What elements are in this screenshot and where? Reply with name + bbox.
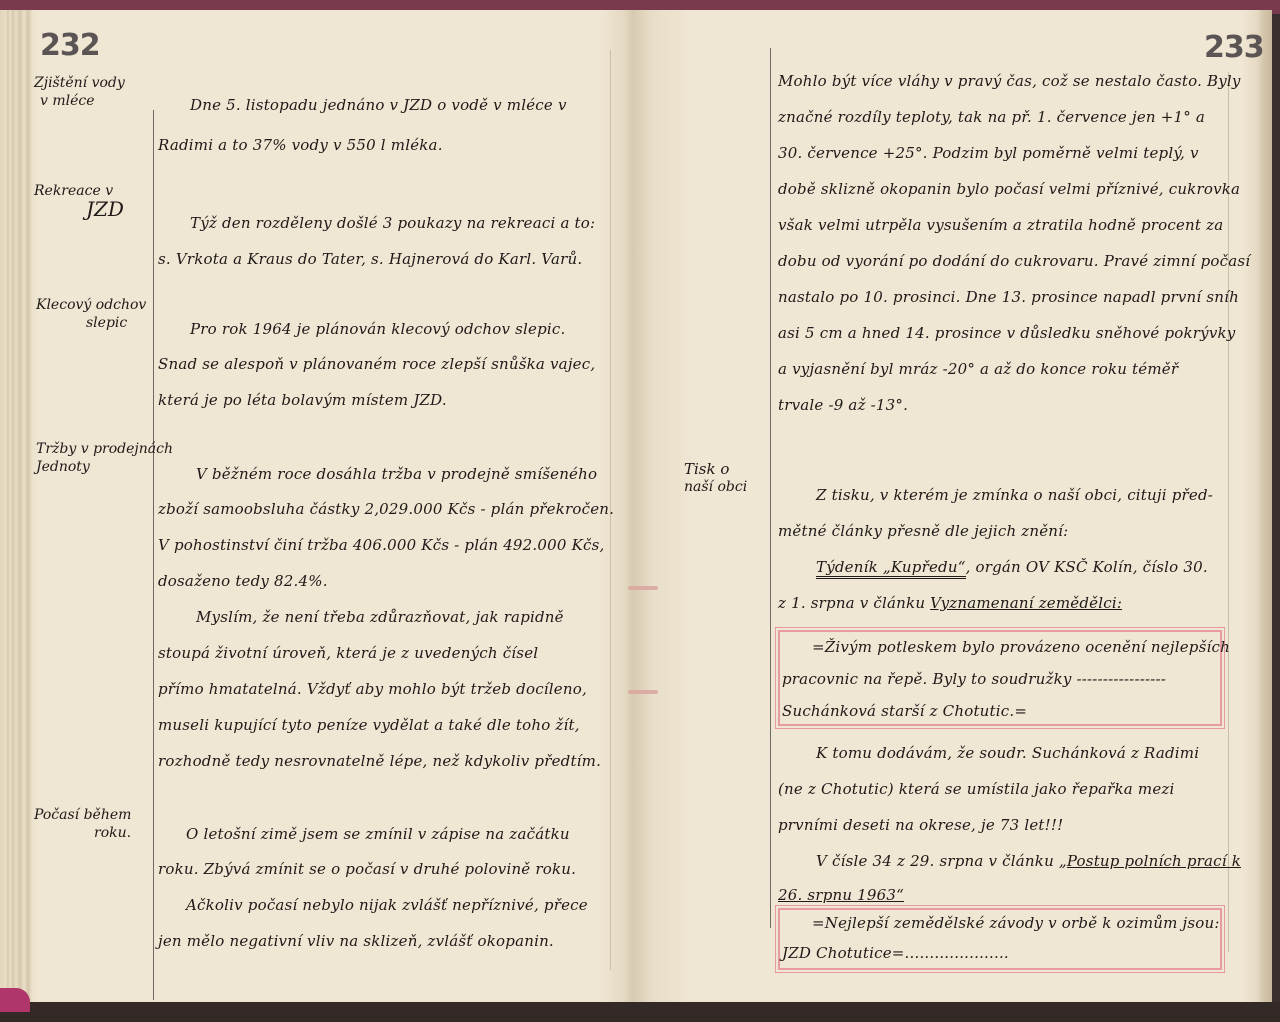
text-line: prvními deseti na okrese, je 73 let!!! — [778, 816, 1063, 834]
text-line: Pro rok 1964 je plánován klecový odchov … — [190, 320, 565, 338]
quote-line: =Nejlepší zemědělské závody v orbě k ozi… — [812, 914, 1220, 932]
left-page: 232 Zjištění vody v mléce Dne 5. listopa… — [0, 10, 632, 1010]
text-line: s. Vrkota a Kraus do Tater, s. Hajnerová… — [158, 250, 582, 268]
text-line: V pohostinství činí tržba 406.000 Kčs - … — [158, 536, 604, 554]
article-title-1: Vyznamenaní zemědělci: — [930, 594, 1122, 612]
text-line: dobu od vyorání po dodání do cukrovaru. … — [778, 252, 1250, 270]
text-line: přímo hmatatelná. Vždyť aby mohlo být tr… — [158, 680, 587, 698]
text-line: Týž den rozděleny došlé 3 poukazy na rek… — [190, 214, 595, 232]
text-line: značné rozdíly teploty, tak na př. 1. če… — [778, 108, 1205, 126]
source-line-2: z 1. srpna v článku Vyznamenaní zemědělc… — [778, 594, 1122, 612]
text-line: trvale -9 až -13°. — [778, 396, 908, 414]
margin-rule-right — [770, 48, 771, 928]
text-line: Mohlo být více vláhy v pravý čas, což se… — [778, 72, 1241, 90]
text-line: museli kupující tyto peníze vydělat a ta… — [158, 716, 580, 734]
text-line: a vyjasnění byl mráz -20° a až do konce … — [778, 360, 1178, 378]
text-line: K tomu dodávám, že soudr. Suchánková z R… — [816, 744, 1199, 762]
text-line: době sklizně okopanin bylo počasí velmi … — [778, 180, 1240, 198]
source-line-4: 26. srpnu 1963“ — [778, 886, 904, 904]
margin-heading-water-in-milk: Zjištění vody v mléce — [34, 74, 125, 110]
margin-heading-hen-cages: Klecový odchov slepic — [36, 296, 146, 332]
text-line: zboží samoobsluha částky 2,029.000 Kčs -… — [158, 500, 614, 518]
quote-line: Suchánková starší z Chotutic.= — [782, 702, 1027, 720]
page-number-right: 233 — [1204, 30, 1264, 65]
margin-heading-press: Tisk o naší obci — [684, 460, 747, 496]
right-rule-right — [1228, 72, 1229, 952]
quote-line: pracovnic na řepě. Byly to soudružky ---… — [782, 670, 1166, 688]
text-line: stoupá životní úroveň, která je z uveden… — [158, 644, 538, 662]
margin-rule-left — [153, 110, 154, 1000]
page-number-left: 232 — [40, 28, 100, 63]
text-line: Myslím, že není třeba zdůrazňovat, jak r… — [196, 608, 564, 626]
text-line: nastalo po 10. prosinci. Dne 13. prosinc… — [778, 288, 1239, 306]
text-line: jen mělo negativní vliv na sklizeň, zvlá… — [158, 932, 554, 950]
text-line: asi 5 cm a hned 14. prosince v důsledku … — [778, 324, 1235, 342]
text-line: Snad se alespoň v plánovaném roce zlepší… — [158, 355, 595, 373]
newspaper-name: Týdeník „Kupředu“ — [816, 558, 966, 579]
text-line: Radimi a to 37% vody v 550 l mléka. — [158, 136, 443, 154]
margin-heading-recreation: Rekreace v JZD — [34, 182, 124, 218]
margin-heading-weather: Počasí během roku. — [34, 806, 131, 842]
text-line: Ačkoliv počasí nebylo nijak zvlášť nepří… — [186, 896, 588, 914]
margin-heading-store-sales: Tržby v prodejnách Jednoty — [36, 440, 173, 476]
text-line: roku. Zbývá zmínit se o počasí v druhé p… — [158, 860, 576, 878]
right-page: 233 Mohlo být více vláhy v pravý čas, co… — [632, 10, 1272, 1010]
quote-line: JZD Chotutice=..................... — [782, 944, 1009, 962]
binding-stitch — [628, 586, 658, 590]
text-line: Z tisku, v kterém je zmínka o naší obci,… — [816, 486, 1213, 504]
text-line: však velmi utrpěla vysušením a ztratila … — [778, 216, 1223, 234]
text-line: 30. července +25°. Podzim byl poměrně ve… — [778, 144, 1199, 162]
source-line-1: Týdeník „Kupředu“, orgán OV KSČ Kolín, č… — [816, 558, 1208, 576]
text-line: O letošní zimě jsem se zmínil v zápise n… — [186, 825, 570, 843]
text-line: která je po léta bolavým místem JZD. — [158, 391, 447, 409]
book-cover-corner — [0, 988, 30, 1012]
text-line: rozhodně tedy nesrovnatelně lépe, než kd… — [158, 752, 601, 770]
text-line: Dne 5. listopadu jednáno v JZD o vodě v … — [190, 96, 567, 114]
text-line: dosaženo tedy 82.4%. — [158, 572, 328, 590]
text-line: V běžném roce dosáhla tržba v prodejně s… — [196, 465, 597, 483]
book-cover-bottom-edge — [0, 1002, 1280, 1022]
source-line-3: V čísle 34 z 29. srpna v článku „Postup … — [816, 852, 1241, 870]
binding-stitch — [628, 690, 658, 694]
text-line: mětné články přesně dle jejich znění: — [778, 522, 1068, 540]
text-line: (ne z Chotutic) která se umístila jako ř… — [778, 780, 1175, 798]
quote-line: =Živým potleskem bylo provázeno ocenění … — [812, 638, 1230, 656]
article-title-2: Postup polních prací k — [1067, 852, 1241, 870]
